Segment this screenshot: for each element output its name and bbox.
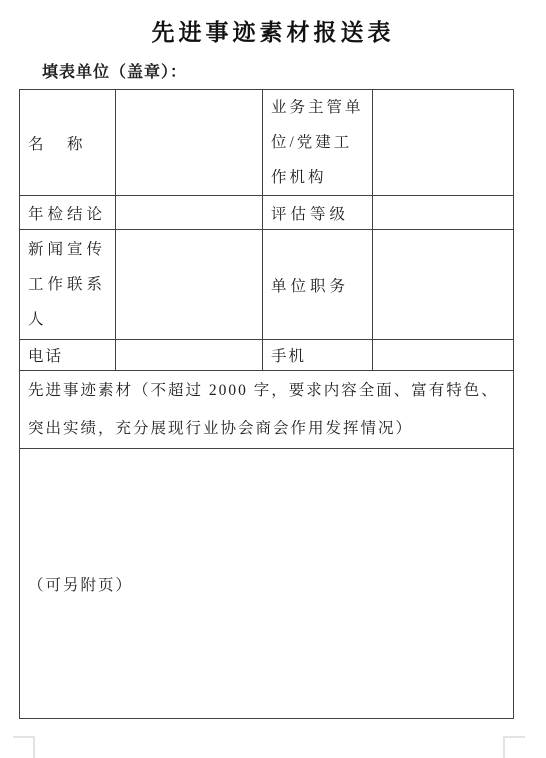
table-row: 新闻宣传 工作联系 人 单位职务 xyxy=(20,230,514,340)
label-evaluation-grade: 评估等级 xyxy=(263,196,373,230)
field-unit-position-value[interactable] xyxy=(373,230,514,340)
field-mobile-value[interactable] xyxy=(373,340,514,371)
table-row: 先进事迹素材（不超过 2000 字，要求内容全面、富有特色、 突出实绩，充分展现… xyxy=(20,371,514,449)
form-title: 先进事迹素材报送表 xyxy=(0,14,546,47)
label-name: 名 称 xyxy=(20,90,116,196)
attachment-hint: （可另附页） xyxy=(28,577,133,594)
document-page: 先进事迹素材报送表 填表单位（盖章）： 名 称 业务主管单 位/党建工 作机构 … xyxy=(0,0,546,758)
table-row: 年检结论 评估等级 xyxy=(20,196,514,230)
label-supervisory-unit: 业务主管单 位/党建工 作机构 xyxy=(263,90,373,196)
table-row: 名 称 业务主管单 位/党建工 作机构 xyxy=(20,90,514,196)
label-news-contact: 新闻宣传 工作联系 人 xyxy=(20,230,116,340)
label-phone: 电话 xyxy=(20,340,116,371)
form-table: 名 称 业务主管单 位/党建工 作机构 年检结论 评估等级 新闻宣传 工作联系 … xyxy=(19,89,514,719)
label-mobile: 手机 xyxy=(263,340,373,371)
material-content-cell[interactable]: （可另附页） xyxy=(20,449,514,719)
field-name-value[interactable] xyxy=(116,90,263,196)
field-supervisory-unit-value[interactable] xyxy=(373,90,514,196)
material-requirements-note: 先进事迹素材（不超过 2000 字，要求内容全面、富有特色、 突出实绩，充分展现… xyxy=(20,371,514,449)
fill-unit-label: 填表单位（盖章）： xyxy=(42,59,187,82)
label-unit-position: 单位职务 xyxy=(263,230,373,340)
field-annual-inspection-value[interactable] xyxy=(116,196,263,230)
field-evaluation-grade-value[interactable] xyxy=(373,196,514,230)
page-margin-mark-left-icon xyxy=(13,736,35,758)
table-row: （可另附页） xyxy=(20,449,514,719)
label-annual-inspection: 年检结论 xyxy=(20,196,116,230)
table-row: 电话 手机 xyxy=(20,340,514,371)
page-margin-mark-right-icon xyxy=(503,736,525,758)
field-news-contact-value[interactable] xyxy=(116,230,263,340)
field-phone-value[interactable] xyxy=(116,340,263,371)
